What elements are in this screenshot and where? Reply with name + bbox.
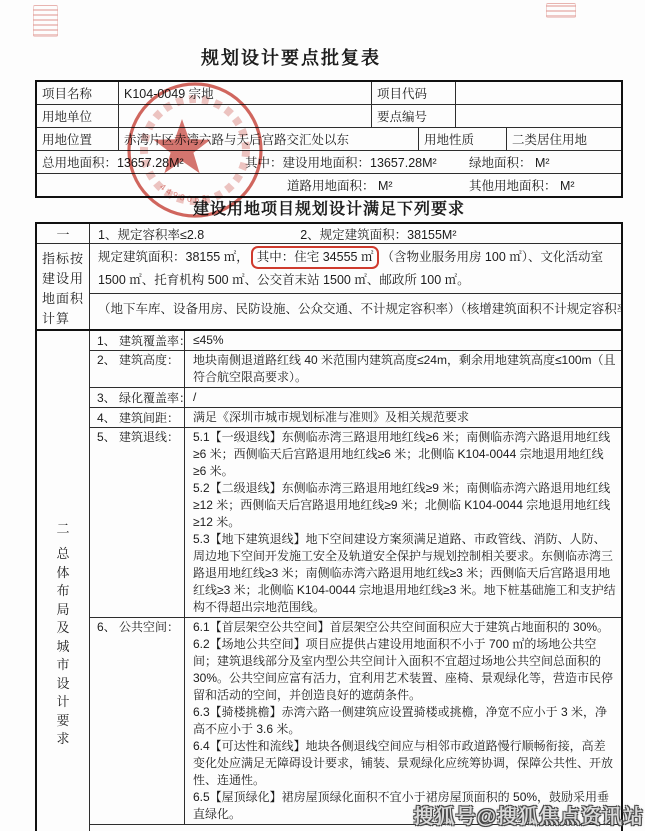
row-text: 满足《深圳市城市规划标准与准则》及相关规范要求 <box>185 408 621 427</box>
red-seal-fragment-top-left <box>33 5 58 37</box>
section1-body: 指标按建设用地面积计算 规定建筑面积：38155 ㎡，其中：住宅 34555 ㎡… <box>37 244 621 329</box>
info-label: 用地性质 <box>419 128 507 150</box>
project-info-table: 项目名称 K104-0049 宗地 项目代码 用地单位 要点编号 用地位置 赤湾… <box>35 80 623 198</box>
info-value <box>119 105 372 127</box>
info-label: 用地单位 <box>37 105 119 127</box>
row-green-coverage: 3、 绿化覆盖率： / <box>90 388 621 408</box>
row-public-space: 6、 公共空间： 6.1【首层架空公共空间】首层架空公共空间面积应大于建筑占地面… <box>90 618 621 825</box>
section1-index: 一 <box>37 224 90 243</box>
plot-ratio-value: 1、规定容积率≤2.8 <box>98 225 204 243</box>
info-value: 二类居住用地 <box>507 128 621 150</box>
floor-area-breakdown: 规定建筑面积：38155 ㎡，其中：住宅 34555 ㎡（含物业服务用房 100… <box>90 244 621 293</box>
document-page: 规划设计要点批复表 项目名称 K104-0049 宗地 项目代码 用地单位 要点… <box>0 0 645 831</box>
section1-header-row: 一 1、规定容积率≤2.8 2、规定建筑面积：38155M² <box>37 224 621 244</box>
row-text: 5.1【一级退线】东侧临赤湾三路退用地红线≥6 米；南侧临赤湾六路退用地红线≥6… <box>185 428 621 617</box>
requirements-section-header: 建设用地项目规划设计满足下列要求 <box>35 196 623 219</box>
row-text: ≤45% <box>185 331 621 350</box>
info-value: 赤湾片区赤湾六路与天后宫路交汇处以东 <box>119 128 419 150</box>
row-building-height: 2、 建筑高度： 地块南侧退道路红线 40 米范围内建筑高度≤24m，剩余用地建… <box>90 351 621 388</box>
row-text: / <box>185 388 621 407</box>
section1-label: 指标按建设用地面积计算 <box>37 244 90 329</box>
section2-index: 二 <box>56 518 69 537</box>
info-label: 要点编号 <box>372 105 456 127</box>
other-area-value: 其他用地面积： M² <box>451 174 621 196</box>
section1-ratios: 1、规定容积率≤2.8 2、规定建筑面积：38155M² <box>90 224 621 243</box>
breakdown-prefix: 规定建筑面积：38155 ㎡， <box>98 250 249 264</box>
section2-label: 总体布局及城市设计要求 <box>56 545 71 749</box>
info-value: K104-0049 宗地 <box>119 82 372 104</box>
green-area-value: 绿地面积： M² <box>451 151 621 173</box>
residential-area-highlight-box: 其中：住宅 34555 ㎡ <box>251 246 380 269</box>
road-area-value: 道路用地面积： M² <box>219 174 451 196</box>
row-building-coverage: 1、 建筑覆盖率： ≤45% <box>90 331 621 351</box>
row-label: 1、 建筑覆盖率： <box>90 331 185 350</box>
row-text: 地块南侧退道路红线 40 米范围内建筑高度≤24m，剩余用地建筑高度≤100m（… <box>185 351 621 387</box>
info-value <box>456 105 621 127</box>
gross-floor-area-value: 2、规定建筑面积：38155M² <box>300 225 456 243</box>
watermark: 搜狐号@搜狐焦点资讯站 <box>413 800 644 829</box>
section2-label-column: 二 总体布局及城市设计要求 <box>37 331 90 831</box>
row-label: 5、 建筑退线： <box>90 428 185 617</box>
row-text: 6.1【首层架空公共空间】首层架空公共空间面积应大于建筑占地面积的 30%。 6… <box>185 618 621 824</box>
row-label: 2、 建筑高度： <box>90 351 185 387</box>
info-row-road-area: 道路用地面积： M² 其他用地面积： M² <box>37 174 621 196</box>
info-row-total-area: 总用地面积：13657.28M² 其中：建设用地面积：13657.28M² 绿地… <box>37 151 621 174</box>
info-row-location: 用地位置 赤湾片区赤湾六路与天后宫路交汇处以东 用地性质 二类居住用地 <box>37 128 621 151</box>
red-seal-fragment-top-right <box>546 3 576 18</box>
section1-content: 规定建筑面积：38155 ㎡，其中：住宅 34555 ㎡（含物业服务用房 100… <box>90 244 621 329</box>
section2-rows: 1、 建筑覆盖率： ≤45% 2、 建筑高度： 地块南侧退道路红线 40 米范围… <box>90 331 621 831</box>
row-setback-lines: 5、 建筑退线： 5.1【一级退线】东侧临赤湾三路退用地红线≥6 米；南侧临赤湾… <box>90 428 621 618</box>
row-building-spacing: 4、 建筑间距： 满足《深圳市城市规划标准与准则》及相关规范要求 <box>90 408 621 428</box>
requirements-table: 一 1、规定容积率≤2.8 2、规定建筑面积：38155M² 指标按建设用地面积… <box>35 222 623 831</box>
row-label: 4、 建筑间距： <box>90 408 185 427</box>
info-label: 用地位置 <box>37 128 119 150</box>
total-area-value: 总用地面积：13657.28M² <box>37 151 219 173</box>
construction-area-value: 其中：建设用地面积：13657.28M² <box>219 151 451 173</box>
section2: 二 总体布局及城市设计要求 1、 建筑覆盖率： ≤45% 2、 建筑高度： 地块… <box>37 329 621 831</box>
excluded-area-note: （地下车库、设备用房、民防设施、公众交通、不计规定容积率）（核增建筑面积不计规定… <box>90 293 621 321</box>
info-label: 项目名称 <box>37 82 119 104</box>
info-label: 项目代码 <box>372 82 456 104</box>
info-value <box>456 82 621 104</box>
page-title: 规划设计要点批复表 <box>11 44 571 70</box>
row-label: 3、 绿化覆盖率： <box>90 388 185 407</box>
empty-cell <box>37 174 219 196</box>
row-label: 6、 公共空间： <box>90 618 185 824</box>
info-row-land-unit: 用地单位 要点编号 <box>37 105 621 128</box>
info-row-project-name: 项目名称 K104-0049 宗地 项目代码 <box>37 82 621 105</box>
